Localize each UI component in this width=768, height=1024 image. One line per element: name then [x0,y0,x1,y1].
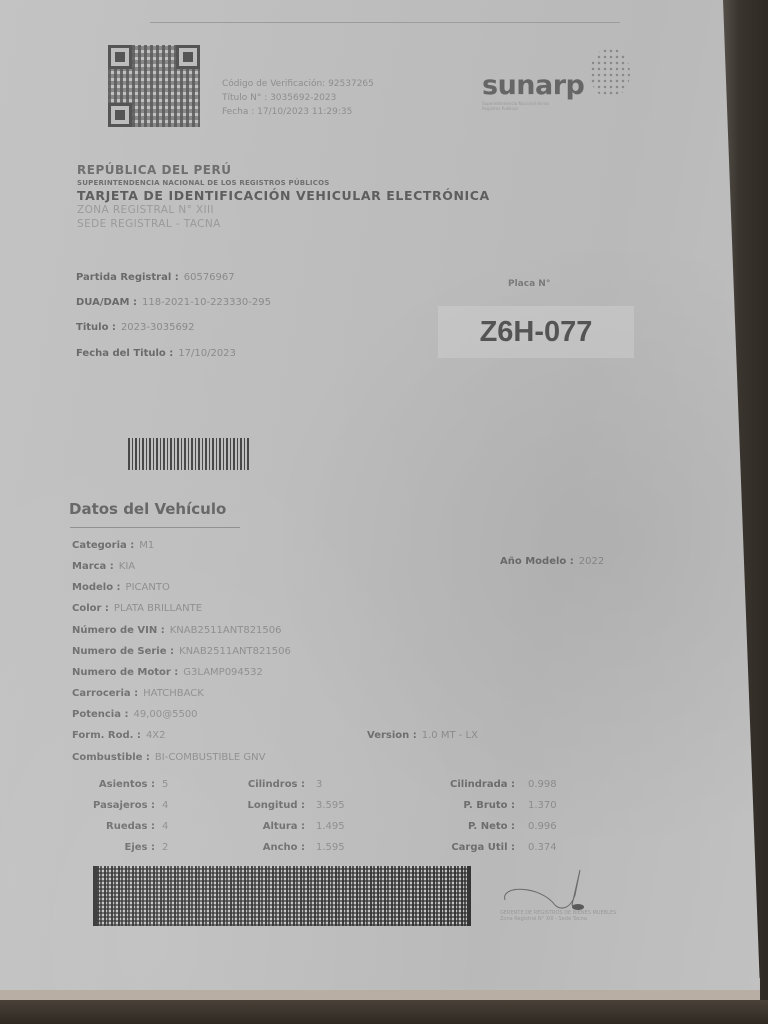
qr-finder-icon [108,45,132,69]
field-value: 17/10/2023 [178,348,236,359]
signature-icon [500,865,650,915]
verification-code: Código de Verificación: 92537265 [222,77,374,91]
section-title: Datos del Vehículo [69,500,226,518]
registry-field: Titulo :2023-3035692 [76,322,195,333]
version-field: Version :1.0 MT - LX [367,730,478,741]
vehicle-field: Combustible :BI-COMBUSTIBLE GNV [72,752,265,763]
logo-sunburst-icon [590,48,630,98]
spec-label: Ancho : [263,842,305,853]
qr-finder-icon [176,45,200,69]
sunarp-logo: sunarp Superintendencia Nacional de los … [482,70,584,111]
vehicle-id-card-document: Código de Verificación: 92537265 Título … [0,0,762,990]
field-value: M1 [139,540,154,551]
field-value: KNAB2511ANT821506 [179,646,291,657]
field-label: Titulo : [76,322,116,333]
qr-code-icon [108,45,200,127]
qr-finder-icon [108,103,132,127]
field-label: Carroceria : [72,688,138,699]
field-value: 2023-3035692 [121,322,195,333]
spec-value: 5 [162,779,168,790]
registry-office: SEDE REGISTRAL - TACNA [77,217,490,231]
field-label: Categoria : [72,540,134,551]
spec-value: 1.370 [528,800,557,811]
field-value: 49,00@5500 [133,709,197,720]
field-label: Número de VIN : [72,625,165,636]
stamp-line: Zona Registral N° XIII - Sede Tacna [500,916,650,922]
signature-block: GERENTE DE REGISTROS DE BIENES MUEBLES Z… [500,865,650,935]
spec-value: 3 [316,779,322,790]
field-label: DUA/DAM : [76,297,137,308]
spec-value: 1.595 [316,842,345,853]
verification-block: Código de Verificación: 92537265 Título … [222,77,374,119]
spec-label: Ruedas : [106,821,155,832]
spec-label: Cilindros : [248,779,305,790]
spec-label: Carga Util : [451,842,515,853]
field-label: Numero de Serie : [72,646,174,657]
vehicle-field: Carroceria :HATCHBACK [72,688,204,699]
field-label: Version : [367,730,417,741]
registry-field: DUA/DAM :118-2021-10-223330-295 [76,297,271,308]
country-name: REPÚBLICA DEL PERÚ [77,163,490,177]
field-value: 1.0 MT - LX [422,730,478,741]
vehicle-field: Número de VIN :KNAB2511ANT821506 [72,625,282,636]
spec-value: 0.374 [528,842,557,853]
spec-value: 3.595 [316,800,345,811]
spec-label: Ejes : [125,842,155,853]
field-label: Potencia : [72,709,128,720]
vehicle-field: Potencia :49,00@5500 [72,709,198,720]
signature-stamp: GERENTE DE REGISTROS DE BIENES MUEBLES Z… [500,910,650,922]
logo-subtitle: Superintendencia Nacional de los Registr… [482,101,562,111]
document-header: REPÚBLICA DEL PERÚ SUPERINTENDENCIA NACI… [77,163,490,231]
barcode-icon [128,438,250,470]
stamp-line: GERENTE DE REGISTROS DE BIENES MUEBLES [500,910,650,916]
field-label: Año Modelo : [500,556,574,567]
plate-label: Placa N° [508,279,550,289]
field-value: KIA [119,561,135,572]
field-label: Color : [72,603,109,614]
spec-label: Asientos : [99,779,155,790]
field-value: 118-2021-10-223330-295 [142,297,271,308]
field-label: Form. Rod. : [72,730,141,741]
spec-label: Pasajeros : [93,800,155,811]
field-label: Combustible : [72,752,150,763]
plate-number: Z6H-077 [438,306,634,358]
verification-date: Fecha : 17/10/2023 11:29:35 [222,105,374,119]
section-underline [70,527,240,528]
document-title: TARJETA DE IDENTIFICACIÓN VEHICULAR ELEC… [77,188,490,203]
vehicle-field: Color :PLATA BRILLANTE [72,603,202,614]
pdf417-barcode-icon [93,866,471,926]
field-value: 2022 [579,556,604,567]
field-value: BI-COMBUSTIBLE GNV [155,752,265,763]
vehicle-field: Marca :KIA [72,561,135,572]
registry-zone: ZONA REGISTRAL N° XIII [77,203,490,217]
top-rule [150,22,620,23]
vehicle-field: Form. Rod. :4X2 [72,730,166,741]
vehicle-field: Modelo :PICANTO [72,582,170,593]
field-label: Numero de Motor : [72,667,178,678]
vehicle-field: Numero de Motor :G3LAMP094532 [72,667,263,678]
field-value: PLATA BRILLANTE [114,603,202,614]
vehicle-field: Numero de Serie :KNAB2511ANT821506 [72,646,291,657]
logo-wordmark: sunarp [482,70,584,101]
field-label: Fecha del Titulo : [76,348,173,359]
registry-field: Partida Registral :60576967 [76,272,235,283]
field-value: KNAB2511ANT821506 [170,625,282,636]
field-value: G3LAMP094532 [183,667,263,678]
spec-value: 4 [162,800,168,811]
spec-label: Cilindrada : [450,779,515,790]
verification-title-number: Título N° : 3035692-2023 [222,91,374,105]
spec-value: 1.495 [316,821,345,832]
spec-label: P. Bruto : [463,800,515,811]
vehicle-field: Categoria :M1 [72,540,154,551]
field-label: Marca : [72,561,114,572]
model-year-field: Año Modelo :2022 [500,556,604,567]
spec-value: 4 [162,821,168,832]
spec-label: P. Neto : [468,821,515,832]
spec-value: 0.996 [528,821,557,832]
field-value: PICANTO [126,582,170,593]
spec-value: 0.998 [528,779,557,790]
spec-label: Longitud : [248,800,306,811]
field-label: Partida Registral : [76,272,179,283]
agency-name: SUPERINTENDENCIA NACIONAL DE LOS REGISTR… [77,179,490,187]
spec-label: Altura : [263,821,305,832]
background-table [0,1000,768,1024]
field-value: 4X2 [146,730,166,741]
field-label: Modelo : [72,582,121,593]
field-value: 60576967 [184,272,235,283]
field-value: HATCHBACK [143,688,204,699]
spec-value: 2 [162,842,168,853]
registry-field: Fecha del Titulo :17/10/2023 [76,348,236,359]
